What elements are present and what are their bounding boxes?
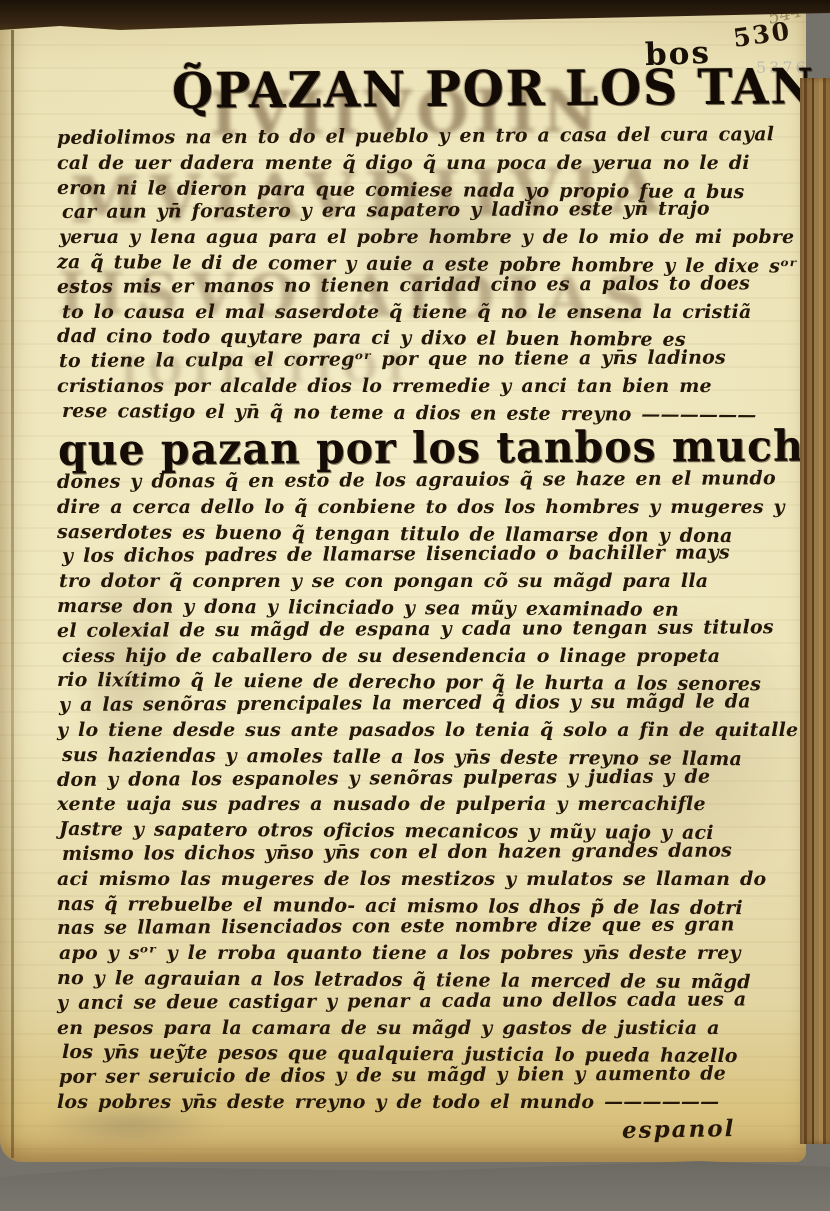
manuscript-text-line: los pobres yn̄s deste rreyno y de todo e… — [57, 1090, 799, 1115]
manuscript-text-line: por ser seruicio de dios y de su mãgd y … — [59, 1061, 799, 1090]
catchword-espanol: espanol — [622, 1115, 736, 1144]
manuscript-text-line: y a las senõras prencipales la merced q̃… — [59, 689, 799, 718]
paragraph-1: pediolimos na en to do el pueblo y en tr… — [57, 126, 799, 424]
paragraph-2: dones y donas q̃ en esto de los agrauios… — [57, 470, 799, 1115]
manuscript-text-line: rese castigo el yn̄ q̃ no teme a dios en… — [62, 399, 799, 428]
manuscript-text-line: ciess hijo de caballero de su desendenci… — [62, 644, 799, 669]
manuscript-text-line: to lo causa el mal saserdote q̃ tiene q̃… — [62, 300, 799, 325]
manuscript-text-line: aci mismo las mugeres de los mestizos y … — [57, 867, 799, 892]
page-gutter-fold — [11, 30, 14, 1158]
manuscript-text-line: nas se llaman lisenciados con este nombr… — [57, 912, 799, 941]
page-title: Q̃PAZAN POR LOS TAN, — [172, 59, 772, 120]
manuscript-text-line: xente uaja sus padres a nusado de pulper… — [57, 792, 799, 817]
manuscript-text-line: en pesos para la camara de su mãgd y gas… — [57, 1016, 799, 1041]
manuscript-text-line: don y dona los espanoles y senõras pulpe… — [57, 764, 799, 793]
manuscript-text-line: el colexial de su mãgd de espana y cada … — [57, 615, 799, 644]
manuscript-text-line: y lo tiene desde sus ante pasados lo ten… — [57, 718, 799, 743]
manuscript-text-line: yerua y lena agua para el pobre hombre y… — [59, 225, 799, 250]
manuscript-text-line: dire a cerca dello lo q̃ conbiene to dos… — [57, 495, 799, 520]
manuscript-text-line: dones y donas q̃ en esto de los agrauios… — [57, 466, 799, 495]
manuscript-text-line: estos mis er manos no tienen caridad cin… — [57, 271, 799, 300]
manuscript-text-line: cristianos por alcalde dios lo rremedie … — [57, 374, 799, 399]
manuscript-text-line: y anci se deue castigar y penar a cada u… — [57, 987, 799, 1016]
manuscript-text-line: y los dichos padres de llamarse lisencia… — [62, 541, 799, 570]
manuscript-text-line: cal de uer dadera mente q̃ digo q̃ una p… — [57, 151, 799, 176]
manuscript-scan: IVIIVOIIN MVIAVDIIVIA IISVOIAIOIAS IOIIV… — [0, 0, 830, 1211]
manuscript-text-line: car aun yn̄ forastero y era sapatero y l… — [62, 197, 799, 226]
book-fore-edge-pages — [800, 78, 830, 1144]
manuscript-text-line: mismo los dichos yn̄so yn̄s con el don h… — [62, 838, 799, 867]
manuscript-text-line: to tiene la culpa el corregᵒʳ por que no… — [59, 345, 799, 374]
manuscript-text-line: pediolimos na en to do el pueblo y en tr… — [57, 122, 799, 151]
manuscript-text-line: apo y sᵒʳ y le rroba quanto tiene a los … — [59, 941, 799, 966]
manuscript-text-line: tro dotor q̃ conpren y se con pongan cõ … — [59, 569, 799, 594]
scan-background-shadow — [0, 1159, 830, 1211]
